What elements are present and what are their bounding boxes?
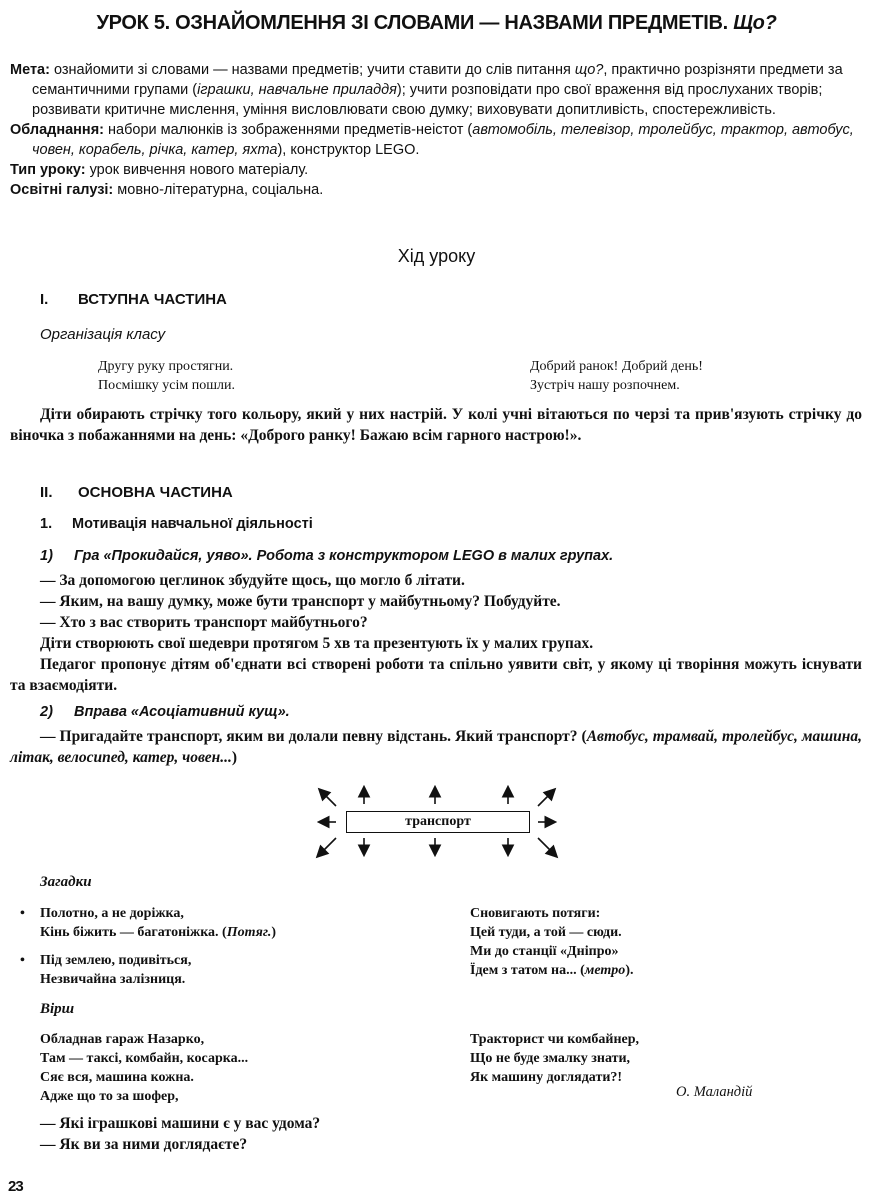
paragraph-text: Діти обирають стрічку того кольору, який…	[10, 404, 862, 446]
page-number: 23	[8, 1178, 23, 1195]
riddle-answer: Потяг.	[227, 925, 272, 940]
transport-question: — Пригадайте транспорт, яким ви долали п…	[10, 726, 862, 768]
poem-line: Там — таксі, комбайн, косарка...	[40, 1049, 248, 1068]
lesson-title-main: УРОК 5. ОЗНАЙОМЛЕННЯ ЗІ СЛОВАМИ — НАЗВАМ…	[96, 12, 727, 34]
riddle-1: • Полотно, а не доріжка, Кінь біжить — б…	[40, 904, 276, 942]
equipment-text: набори малюнків із зображеннями предметі…	[104, 122, 472, 138]
riddle-line: Кінь біжить — багатоніжка. (Потяг.)	[40, 923, 276, 942]
section-title: ОСНОВНА ЧАСТИНА	[78, 484, 233, 501]
greeting-poem-left: Другу руку простягни. Посмішку усім пошл…	[98, 357, 235, 395]
education-fields: Освітні галузі: мовно-літературна, соціа…	[10, 180, 862, 200]
riddle-line: Їдем з татом на... (метро).	[470, 961, 633, 980]
question-text: )	[232, 749, 237, 766]
poem-left: Обладнав гараж Назарко, Там — таксі, ком…	[40, 1030, 248, 1106]
activity-2-body: — Пригадайте транспорт, яким ви долали п…	[10, 726, 862, 768]
poem-line: Зустріч нашу розпочнем.	[530, 376, 703, 395]
closing-questions: — Які іграшкові машини є у вас удома? — …	[10, 1113, 862, 1155]
dialogue-line: — Яким, на вашу думку, може бути транспо…	[10, 591, 862, 612]
goal-question: що?	[575, 62, 603, 78]
poem-line: Обладнав гараж Назарко,	[40, 1030, 248, 1049]
poem-line: Сяє вся, машина кожна.	[40, 1068, 248, 1087]
motivation-heading: 1.Мотивація навчальної діяльності	[40, 516, 313, 532]
associative-bush-diagram: транспорт	[300, 780, 570, 864]
goal-groups: іграшки, навчальне приладдя	[197, 82, 397, 98]
education-fields-value: мовно-літературна, соціальна.	[113, 182, 323, 198]
riddle-line: Ми до станції «Дніпро»	[470, 942, 633, 961]
bullet-icon: •	[20, 904, 25, 923]
greeting-poem-right: Добрий ранок! Добрий день! Зустріч нашу …	[530, 357, 703, 395]
riddle-line: Незвичайна залізниця.	[40, 970, 191, 989]
section-1-heading: I.ВСТУПНА ЧАСТИНА	[40, 291, 227, 308]
education-fields-label: Освітні галузі:	[10, 182, 113, 198]
poem-line: Добрий ранок! Добрий день!	[530, 357, 703, 376]
bullet-icon: •	[20, 951, 25, 970]
equipment-label: Обладнання:	[10, 122, 104, 138]
poem-line: Другу руку простягни.	[98, 357, 235, 376]
section-title: ВСТУПНА ЧАСТИНА	[78, 291, 227, 308]
lesson-type-label: Тип уроку:	[10, 162, 86, 178]
activity-title: Вправа «Асоціативний кущ».	[74, 704, 290, 720]
riddles-heading: Загадки	[40, 874, 92, 891]
lesson-title-question: Що?	[733, 12, 776, 34]
riddle-2: • Під землею, подивіться, Незвичайна зал…	[40, 951, 191, 989]
goal-paragraph: Мета: ознайомити зі словами — назвами пр…	[10, 60, 862, 120]
activity-number: 1)	[40, 548, 74, 564]
equipment-paragraph: Обладнання: набори малюнків із зображенн…	[10, 120, 862, 160]
dialogue-line: — Хто з вас створить транспорт майбутньо…	[10, 612, 862, 633]
goal-text: ознайомити зі словами — назвами предметі…	[50, 62, 575, 78]
riddle-2-continued: Сновигають потяги: Цей туди, а той — сюд…	[470, 904, 633, 980]
riddle-line: Полотно, а не доріжка,	[40, 904, 276, 923]
class-organization-heading: Організація класу	[40, 326, 165, 343]
riddle-line: Сновигають потяги:	[470, 904, 633, 923]
ribbon-paragraph: Діти обирають стрічку того кольору, який…	[10, 404, 862, 446]
activity-2-heading: 2)Вправа «Асоціативний кущ».	[40, 704, 290, 720]
subsection-title: Мотивація навчальної діяльності	[72, 516, 313, 532]
activity-1-heading: 1)Гра «Прокидайся, уяво». Робота з конст…	[40, 548, 613, 564]
poem-line: Адже що то за шофер,	[40, 1087, 248, 1106]
section-number: II.	[40, 484, 78, 501]
question-line: — Які іграшкові машини є у вас удома?	[10, 1113, 862, 1134]
poem-line: Як машину доглядати?!	[470, 1068, 639, 1087]
poem-right: Тракторист чи комбайнер, Що не буде змал…	[470, 1030, 639, 1087]
poem-line: Що не буде змалку знати,	[470, 1049, 639, 1068]
riddle-line: Під землею, подивіться,	[40, 951, 191, 970]
course-heading: Хід уроку	[0, 246, 873, 267]
poem-line: Тракторист чи комбайнер,	[470, 1030, 639, 1049]
lesson-type: Тип уроку: урок вивчення нового матеріал…	[10, 160, 862, 180]
section-2-heading: II.ОСНОВНА ЧАСТИНА	[40, 484, 233, 501]
goal-label: Мета:	[10, 62, 50, 78]
poem-author: О. Маландій	[676, 1084, 752, 1101]
activity-number: 2)	[40, 704, 74, 720]
activity-note: Діти створюють свої шедеври протягом 5 х…	[10, 633, 862, 654]
riddle-answer: метро	[585, 963, 626, 978]
equipment-text: ), конструктор LEGO.	[277, 142, 419, 158]
activity-title: Гра «Прокидайся, уяво». Робота з констру…	[74, 548, 613, 564]
lesson-meta: Мета: ознайомити зі словами — назвами пр…	[10, 60, 862, 200]
poem-heading: Вірш	[40, 1001, 74, 1018]
question-line: — Як ви за ними доглядаєте?	[10, 1134, 862, 1155]
riddle-text: Їдем з татом на... (	[470, 963, 585, 978]
question-text: — Пригадайте транспорт, яким ви долали п…	[40, 728, 587, 745]
riddle-text: Кінь біжить — багатоніжка. (	[40, 925, 227, 940]
lesson-type-value: урок вивчення нового матеріалу.	[86, 162, 309, 178]
dialogue-line: — За допомогою цеглинок збудуйте щось, щ…	[10, 570, 862, 591]
poem-line: Посмішку усім пошли.	[98, 376, 235, 395]
activity-1-body: — За допомогою цеглинок збудуйте щось, щ…	[10, 570, 862, 696]
lesson-title: УРОК 5. ОЗНАЙОМЛЕННЯ ЗІ СЛОВАМИ — НАЗВАМ…	[0, 12, 873, 35]
transport-box: транспорт	[346, 811, 530, 833]
activity-note: Педагог пропонує дітям об'єднати всі ств…	[10, 654, 862, 696]
riddle-line: Цей туди, а той — сюди.	[470, 923, 633, 942]
subsection-number: 1.	[40, 516, 72, 532]
section-number: I.	[40, 291, 78, 308]
